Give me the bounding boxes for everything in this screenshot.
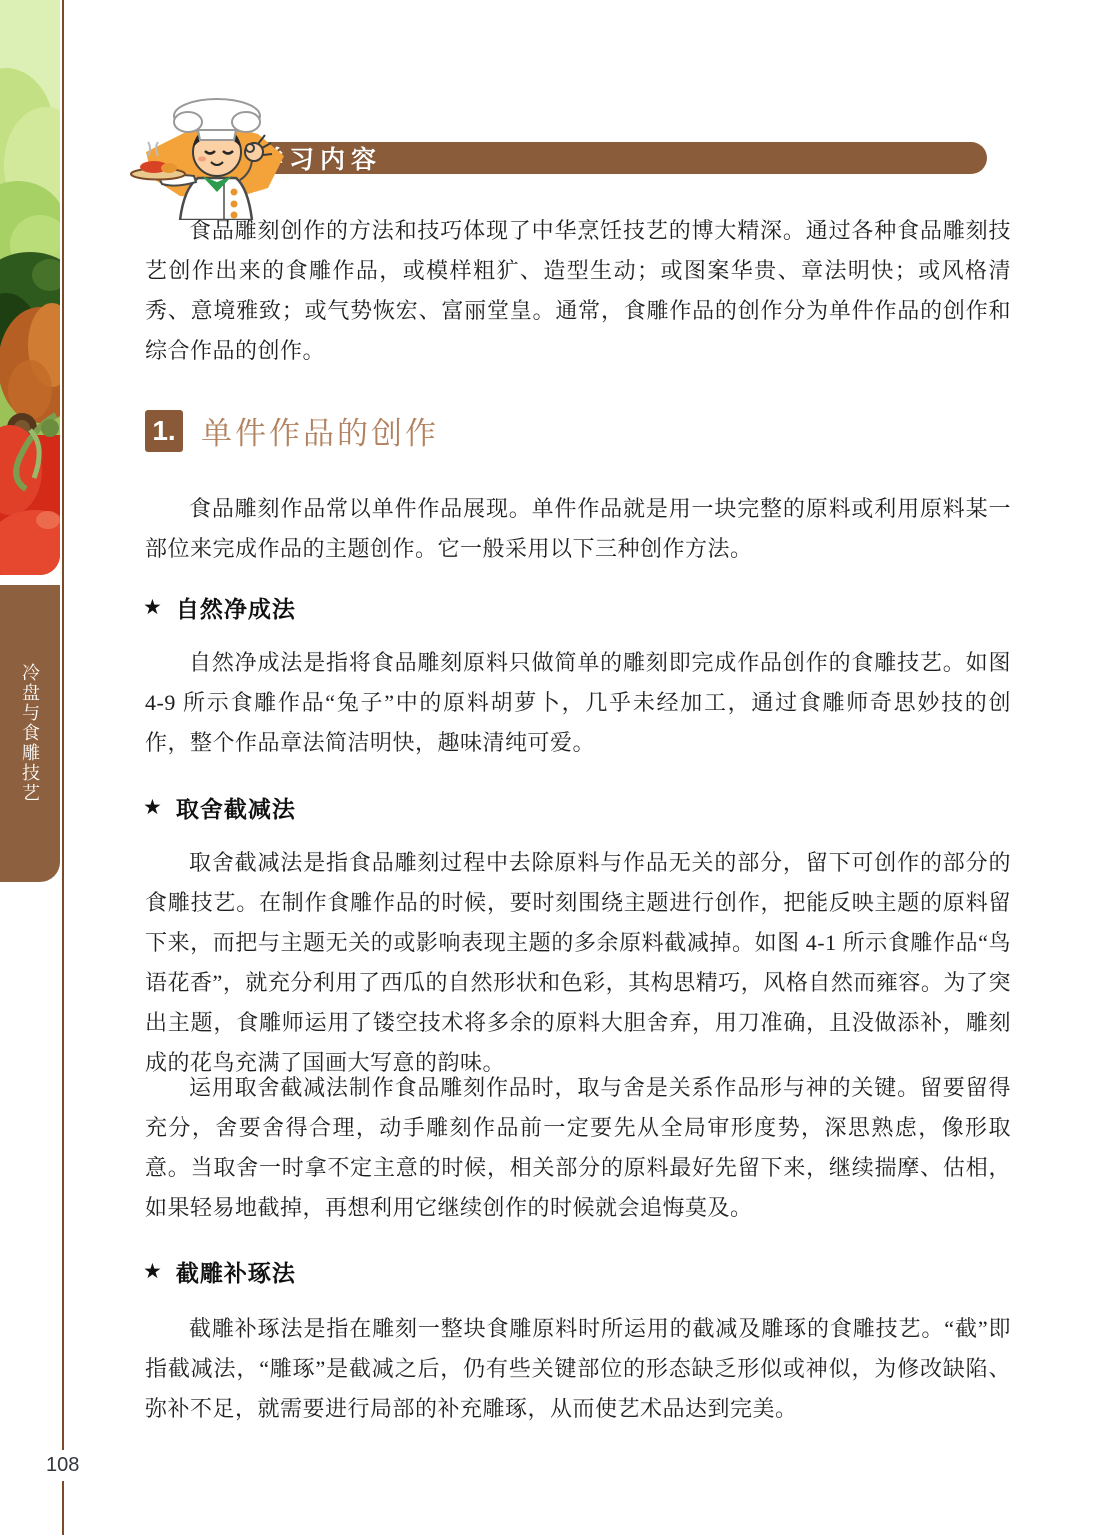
method-title: 取舍截减法 xyxy=(176,791,296,824)
section-lead-text: 食品雕刻作品常以单件作品展现。单件作品就是用一块完整的原料或利用原料某一部位来完… xyxy=(145,489,1011,569)
vegetable-photo-image xyxy=(0,0,60,575)
method-paragraph: 自然净成法是指将食品雕刻原料只做简单的雕刻即完成作品创作的食雕技艺。如图 4-9… xyxy=(145,643,1011,763)
chapter-side-tab: 冷盘与食雕技艺 xyxy=(0,585,60,882)
book-page: 冷盘与食雕技艺 108 学习内容 xyxy=(0,0,1104,1535)
method-paragraph: 运用取舍截减法制作食品雕刻作品时，取与舍是关系作品形与神的关键。留要留得充分，舍… xyxy=(145,1068,1011,1228)
chef-mascot-icon xyxy=(128,94,310,220)
section-heading: 1. 单件作品的创作 xyxy=(145,408,439,453)
section-title: 单件作品的创作 xyxy=(201,408,439,453)
star-bullet-icon: ★ xyxy=(143,597,162,618)
intro-text: 食品雕刻创作的方法和技巧体现了中华烹饪技艺的博大精深。通过各种食品雕刻技艺创作出… xyxy=(145,211,1011,371)
method-heading-trim: ★ 取舍截减法 xyxy=(143,791,296,824)
vegetable-photo-strip xyxy=(0,0,60,575)
method-text: 运用取舍截减法制作食品雕刻作品时，取与舍是关系作品形与神的关键。留要留得充分，舍… xyxy=(145,1068,1011,1228)
method-text: 自然净成法是指将食品雕刻原料只做简单的雕刻即完成作品创作的食雕技艺。如图 4-9… xyxy=(145,643,1011,763)
chapter-title-vertical: 冷盘与食雕技艺 xyxy=(17,663,43,803)
section-number-box: 1. xyxy=(145,410,183,452)
page-number: 108 xyxy=(40,1450,85,1481)
method-paragraph: 截雕补琢法是指在雕刻一整块食雕原料时所运用的截减及雕琢的食雕技艺。“截”即指截减… xyxy=(145,1309,1011,1429)
method-text: 取舍截减法是指食品雕刻过程中去除原料与作品无关的部分，留下可创作的部分的食雕技艺… xyxy=(145,843,1011,1083)
method-heading-natural: ★ 自然净成法 xyxy=(143,591,296,624)
intro-paragraph: 食品雕刻创作的方法和技巧体现了中华烹饪技艺的博大精深。通过各种食品雕刻技艺创作出… xyxy=(145,211,1011,371)
method-title: 截雕补琢法 xyxy=(176,1255,296,1288)
method-paragraph: 取舍截减法是指食品雕刻过程中去除原料与作品无关的部分，留下可创作的部分的食雕技艺… xyxy=(145,843,1011,1083)
star-bullet-icon: ★ xyxy=(143,797,162,818)
method-title: 自然净成法 xyxy=(176,591,296,624)
method-text: 截雕补琢法是指在雕刻一整块食雕原料时所运用的截减及雕琢的食雕技艺。“截”即指截减… xyxy=(145,1309,1011,1429)
learning-content-banner: 学习内容 xyxy=(228,142,987,174)
method-heading-patch: ★ 截雕补琢法 xyxy=(143,1255,296,1288)
star-bullet-icon: ★ xyxy=(143,1261,162,1282)
margin-rule xyxy=(62,0,64,1535)
section-lead-paragraph: 食品雕刻作品常以单件作品展现。单件作品就是用一块完整的原料或利用原料某一部位来完… xyxy=(145,489,1011,569)
